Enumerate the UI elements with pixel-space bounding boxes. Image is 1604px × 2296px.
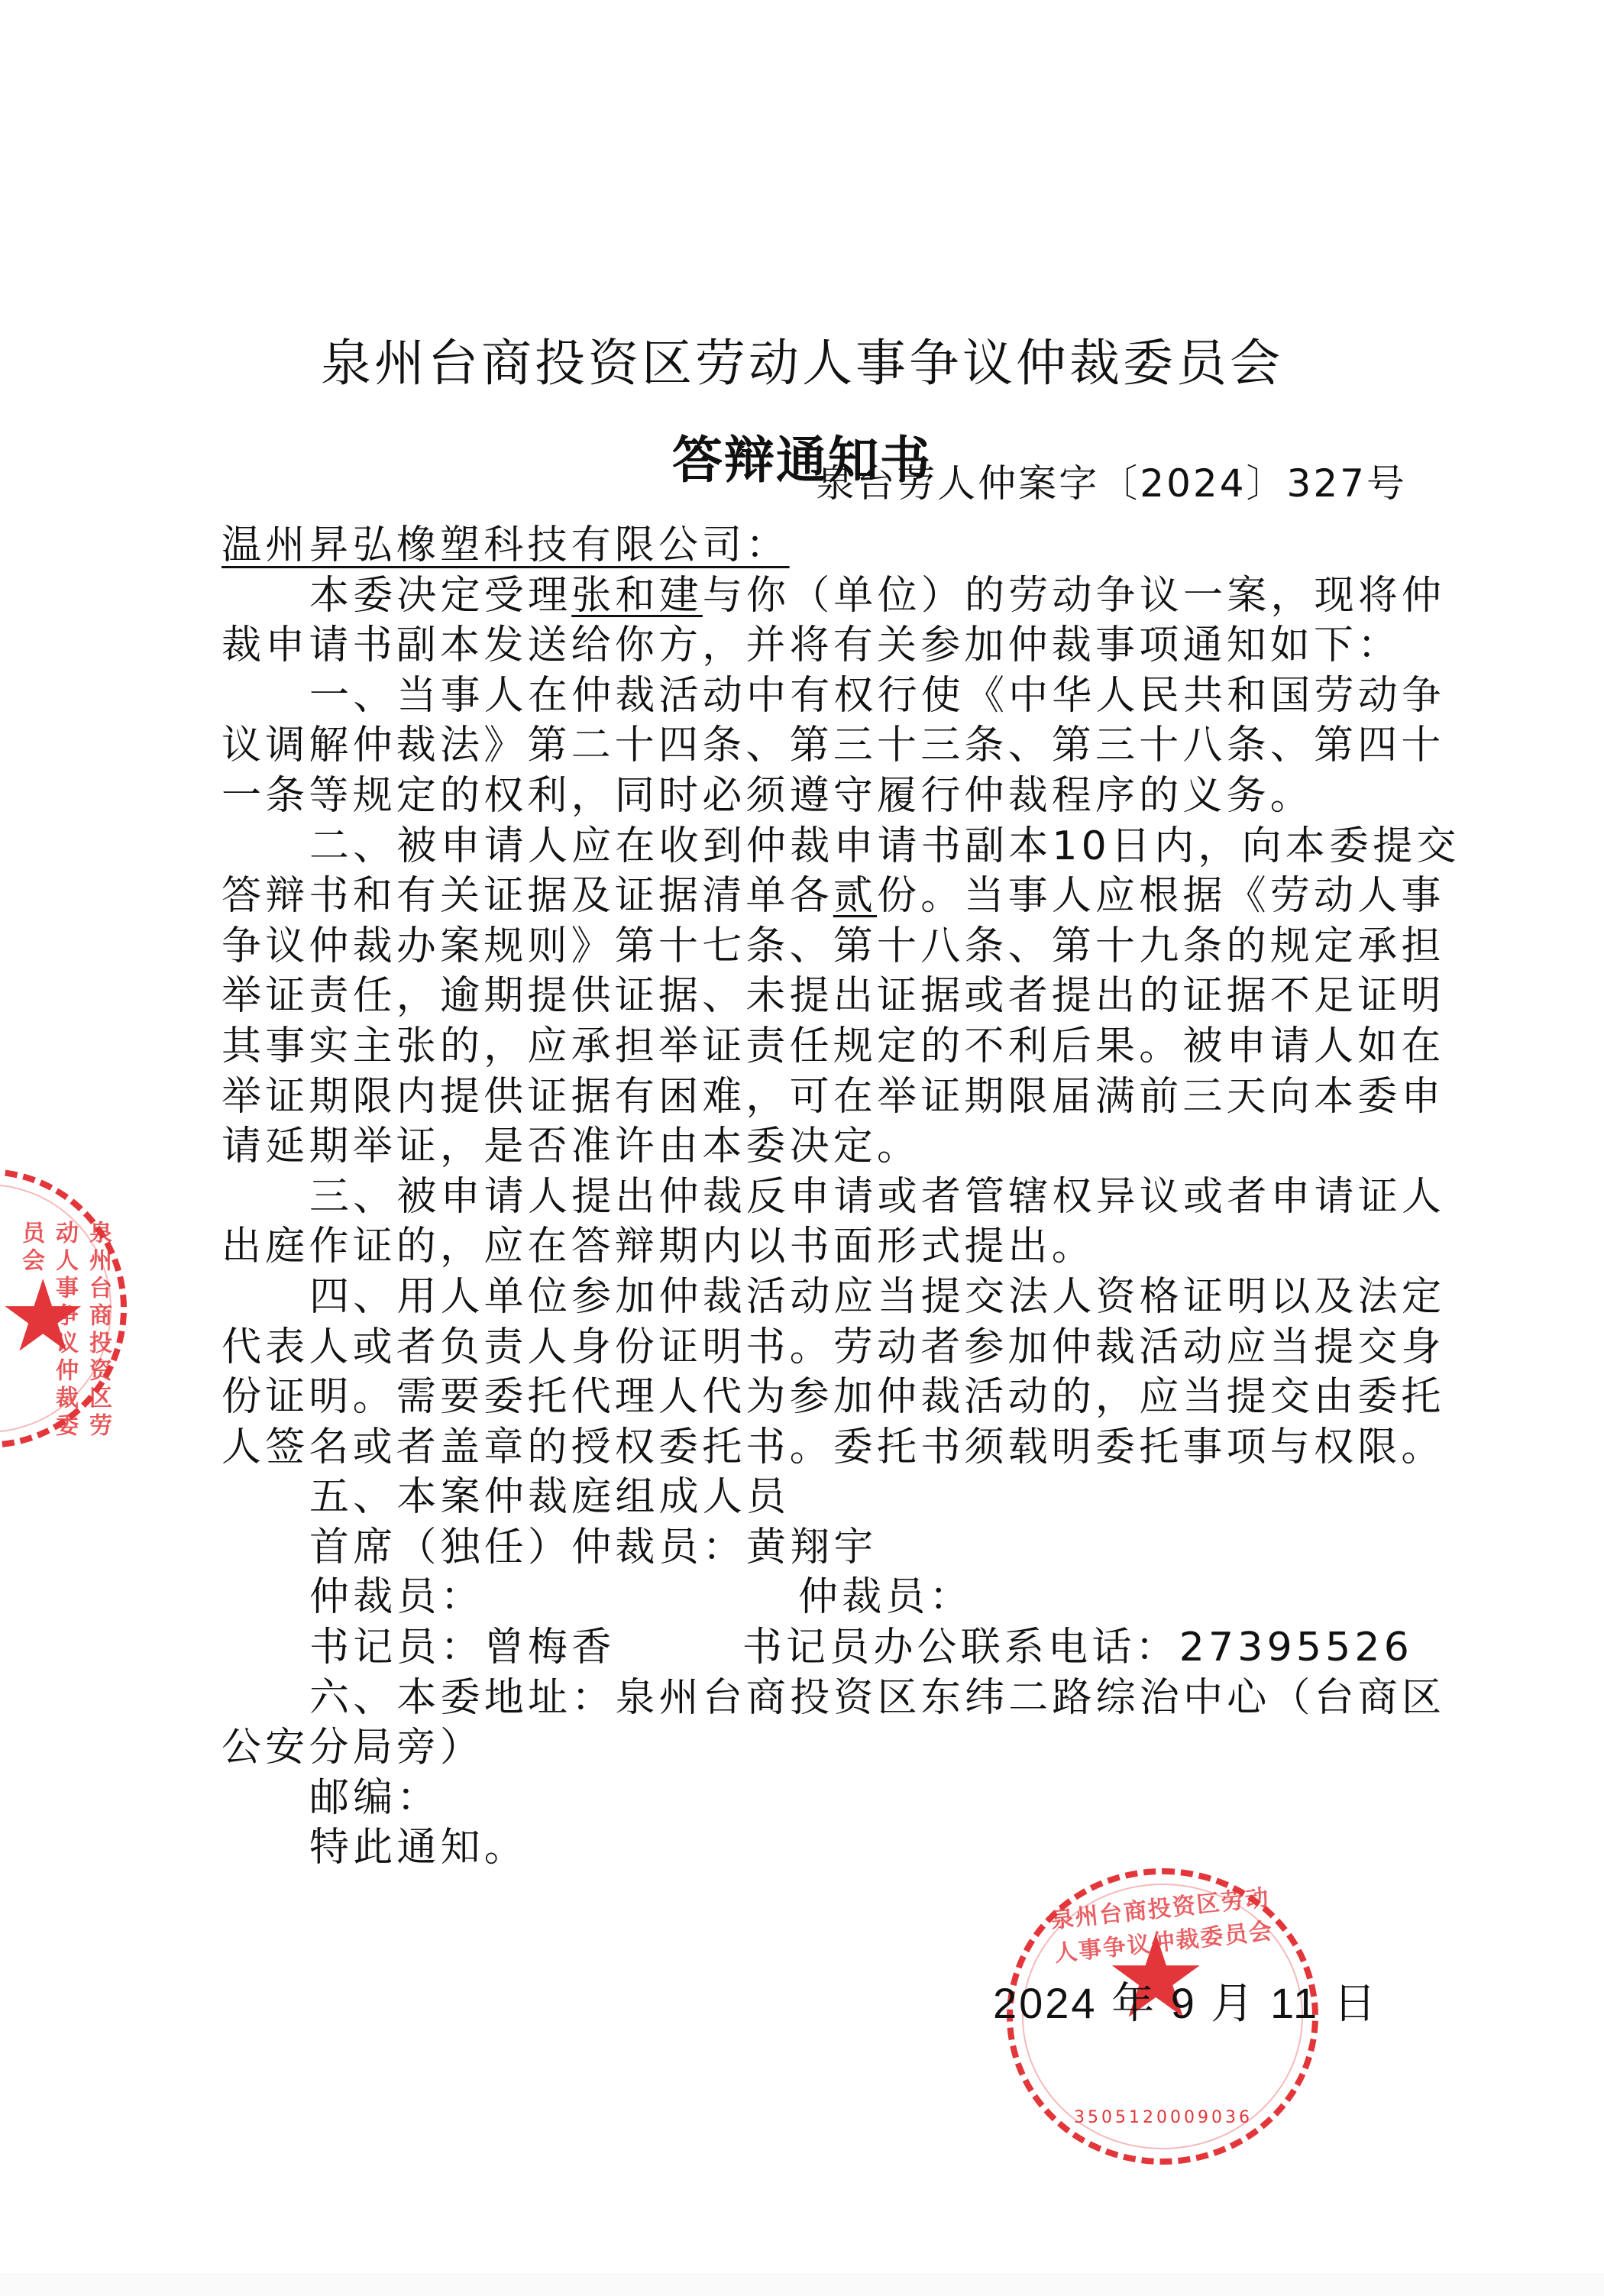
postcode: 邮编： xyxy=(222,1774,1413,1824)
notice-body: 温州昇弘橡塑科技有限公司： 本委决定受理张和建与你（单位）的劳动争议一案，现将仲… xyxy=(222,521,1413,1874)
section-4-line: 人签名或者盖章的授权委托书。委托书须载明委托事项与权限。 xyxy=(222,1423,1413,1473)
arbitrator-1: 仲裁员： xyxy=(309,1573,798,1623)
applicant-name: 张和建 xyxy=(571,573,703,619)
section-2-line: 举证期限内提供证据有困难，可在举证期限届满前三天向本委申 xyxy=(222,1072,1413,1123)
address-line: 公安分局旁） xyxy=(222,1723,1413,1774)
section-2-line: 请延期举证，是否准许由本委决定。 xyxy=(222,1122,1413,1172)
issuer-title: 泉州台商投资区劳动人事争议仲裁委员会 xyxy=(0,333,1604,394)
addressee: 温州昇弘橡塑科技有限公司： xyxy=(222,522,790,568)
section-2-line: 争议仲裁办案规则》第十七条、第十八条、第十九条的规定承担 xyxy=(222,922,1413,972)
seal-text: 泉州台商投资区劳动人事争议仲裁委员会 xyxy=(14,1221,115,1442)
section-2-line: 答辩书和有关证据及证据清单各贰份。当事人应根据《劳动人事 xyxy=(222,872,1413,922)
section-4-line: 四、用人单位参加仲裁活动应当提交法人资格证明以及法定 xyxy=(222,1273,1413,1323)
clerk-phone: 书记员办公联系电话：27395526 xyxy=(742,1623,1413,1673)
intro-line-1: 本委决定受理张和建与你（单位）的劳动争议一案，现将仲 xyxy=(222,571,1413,622)
section-1-line: 一条等规定的权利，同时必须遵守履行仲裁程序的义务。 xyxy=(222,771,1413,822)
official-seal-partial: ★ 泉州台商投资区劳动人事争议仲裁委员会 xyxy=(0,1169,127,1448)
notice-page: ★ 泉州台商投资区劳动人事争议仲裁委员会 泉州台商投资区劳动人事争议仲裁委员会 … xyxy=(0,0,1604,2296)
copies-count: 贰 xyxy=(833,873,877,919)
clerk-name: 书记员：曾梅香 xyxy=(309,1623,742,1673)
intro-line-2: 裁申请书副本发送给你方，并将有关参加仲裁事项通知如下： xyxy=(222,621,1413,671)
section-1-line: 议调解仲裁法》第二十四条、第三十三条、第三十八条、第四十 xyxy=(222,721,1413,771)
section-4-line: 份证明。需要委托代理人代为参加仲裁活动的，应当提交由委托 xyxy=(222,1373,1413,1423)
section-3-line: 三、被申请人提出仲裁反申请或者管辖权异议或者申请证人 xyxy=(222,1172,1413,1223)
clerk-row: 书记员：曾梅香 书记员办公联系电话：27395526 xyxy=(222,1623,1413,1673)
section-2-line: 二、被申请人应在收到仲裁申请书副本10日内，向本委提交 xyxy=(222,822,1413,872)
issue-date: 2024 年 9 月 11 日 xyxy=(993,1977,1379,2030)
section-5-heading: 五、本案仲裁庭组成人员 xyxy=(222,1473,1413,1523)
page-bottom-margin xyxy=(0,2273,1604,2296)
section-3-line: 出庭作证的，应在答辩期内以书面形式提出。 xyxy=(222,1222,1413,1273)
section-1-line: 一、当事人在仲裁活动中有权行使《中华人民共和国劳动争 xyxy=(222,671,1413,722)
section-2-line: 举证责任，逾期提供证据、未提出证据或者提出的证据不足证明 xyxy=(222,972,1413,1022)
arbitrators-row: 仲裁员： 仲裁员： xyxy=(222,1573,1413,1623)
section-4-line: 代表人或者负责人身份证明书。劳动者参加仲裁活动应当提交身 xyxy=(222,1323,1413,1373)
chief-arbitrator: 首席（独任）仲裁员：黄翔宇 xyxy=(222,1523,1413,1573)
seal-code: 3505120009036 xyxy=(1074,2108,1250,2127)
case-number: 泉台劳人仲案字〔2024〕327号 xyxy=(816,457,1407,510)
section-2-line: 其事实主张的，应承担举证责任规定的不利后果。被申请人如在 xyxy=(222,1022,1413,1072)
closing: 特此通知。 xyxy=(222,1823,1413,1874)
arbitrator-2: 仲裁员： xyxy=(798,1573,973,1623)
address-line: 六、本委地址：泉州台商投资区东纬二路综治中心（台商区 xyxy=(222,1673,1413,1724)
